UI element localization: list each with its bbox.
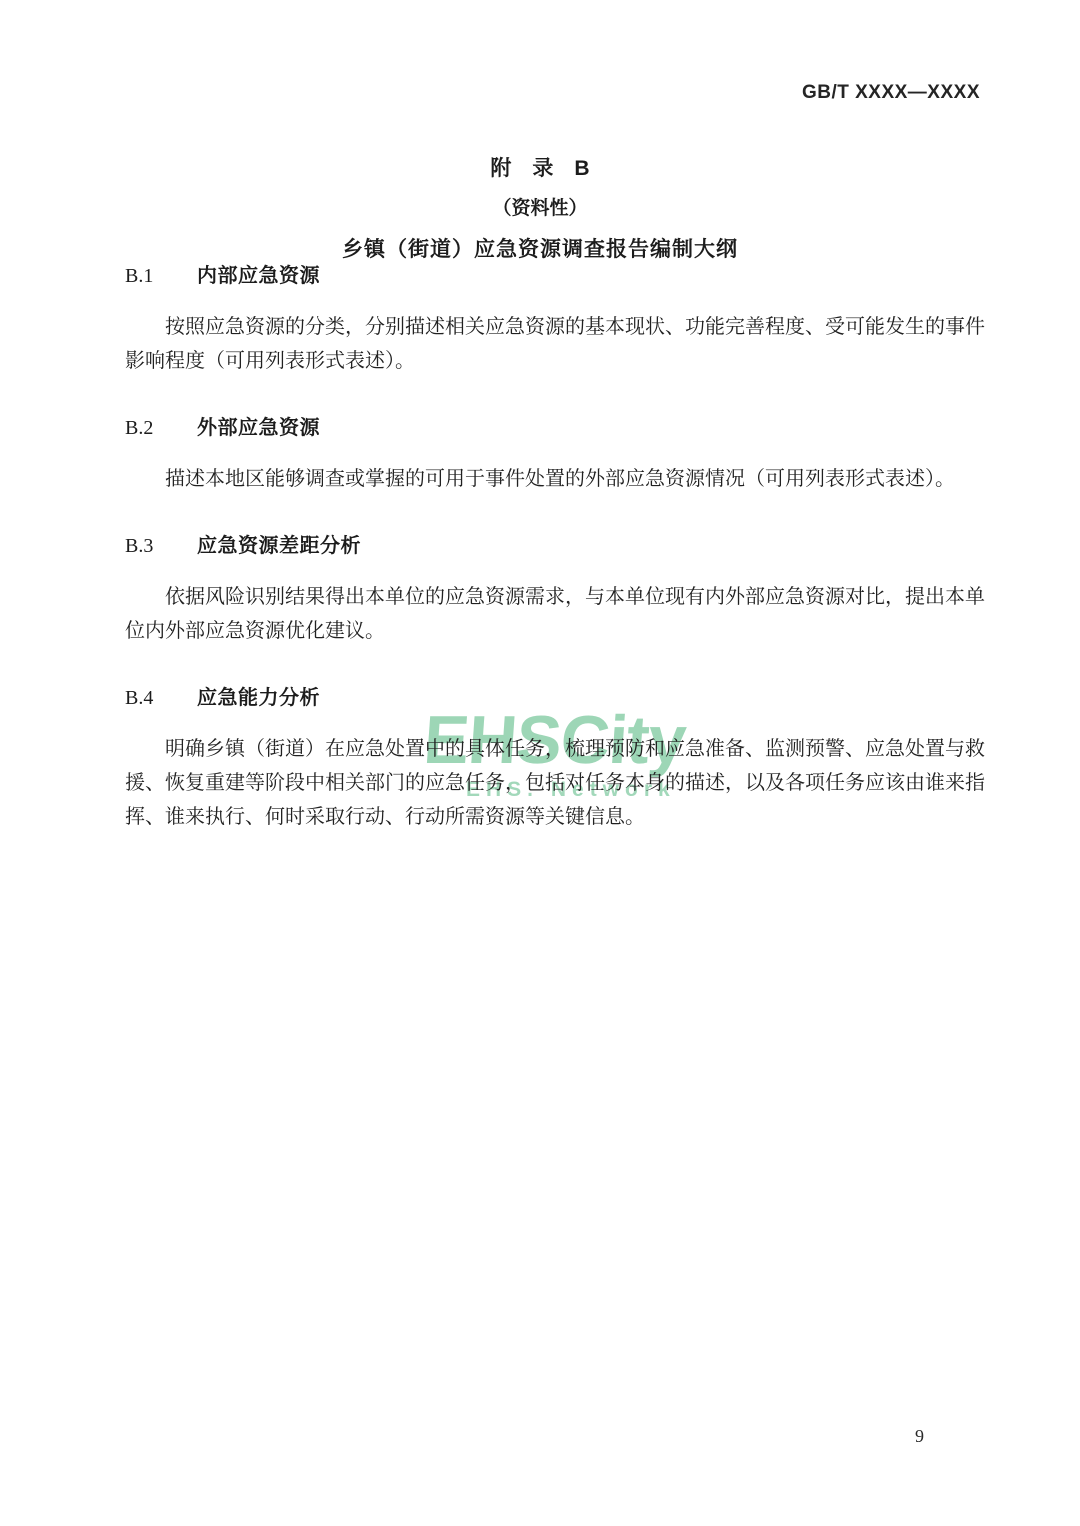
standard-code-header: GB/T XXXX—XXXX [802,82,980,104]
section-heading-b2: B.2 外部应急资源 [125,414,985,442]
section-title: 内部应急资源 [197,262,320,290]
document-page: EHSCity EHS. Network GB/T XXXX—XXXX 附 录 … [0,0,1080,1526]
page-number: 9 [915,1426,924,1447]
appendix-subtitle: （资料性） [0,193,1080,220]
section-number: B.2 [125,414,197,442]
section-number: B.3 [125,532,197,560]
section-title: 外部应急资源 [197,414,320,442]
section-title: 应急资源差距分析 [197,532,361,560]
section-number: B.4 [125,684,197,712]
appendix-title-block: 附 录 B （资料性） 乡镇（街道）应急资源调查报告编制大纲 [0,152,1080,263]
section-body-b1: 按照应急资源的分类，分别描述相关应急资源的基本现状、功能完善程度、受可能发生的事… [125,310,985,378]
appendix-title: 附 录 B [0,152,1080,182]
section-heading-b4: B.4 应急能力分析 [125,684,985,712]
appendix-doc-title: 乡镇（街道）应急资源调查报告编制大纲 [0,233,1080,263]
section-body-b3: 依据风险识别结果得出本单位的应急资源需求，与本单位现有内外部应急资源对比，提出本… [125,580,985,648]
section-title: 应急能力分析 [197,684,320,712]
section-body-b4: 明确乡镇（街道）在应急处置中的具体任务，梳理预防和应急准备、监测预警、应急处置与… [125,732,985,834]
section-body-b2: 描述本地区能够调查或掌握的可用于事件处置的外部应急资源情况（可用列表形式表述）。 [125,462,985,496]
document-content: B.1 内部应急资源 按照应急资源的分类，分别描述相关应急资源的基本现状、功能完… [125,262,985,834]
section-heading-b1: B.1 内部应急资源 [125,262,985,290]
section-heading-b3: B.3 应急资源差距分析 [125,532,985,560]
section-number: B.1 [125,262,197,290]
